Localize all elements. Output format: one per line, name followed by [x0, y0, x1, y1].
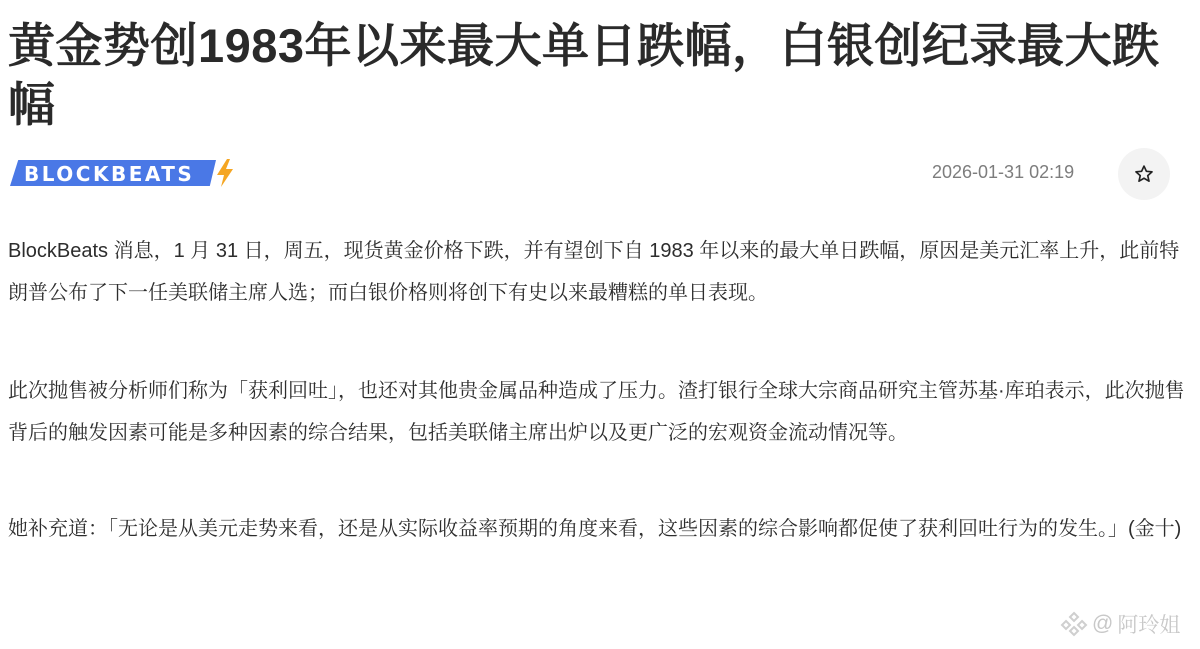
article-meta: BLOCKBEATS 2026-01-31 02:19 — [0, 148, 1200, 200]
article-paragraph: 此次抛售被分析师们称为「获利回吐」，也还对其他贵金属品种造成了压力。渣打银行全球… — [8, 370, 1188, 454]
article-paragraph: 她补充道：「无论是从美元走势来看，还是从实际收益率预期的角度来看，这些因素的综合… — [8, 508, 1188, 550]
lightning-bolt-icon — [213, 159, 237, 187]
binance-logo-icon — [1060, 610, 1088, 638]
article-title: 黄金势创1983年以来最大单日跌幅，白银创纪录最大跌幅 — [8, 16, 1188, 134]
favorite-button[interactable] — [1118, 148, 1170, 200]
logo-text: BLOCKBEATS — [24, 162, 194, 186]
star-icon — [1134, 164, 1154, 184]
watermark-name: 阿玲姐 — [1117, 609, 1180, 639]
article-paragraph: BlockBeats 消息，1 月 31 日，周五，现货黄金价格下跌，并有望创下… — [8, 230, 1188, 314]
blockbeats-logo[interactable]: BLOCKBEATS — [10, 160, 232, 186]
publish-timestamp: 2026-01-31 02:19 — [932, 162, 1074, 183]
watermark-at: @ — [1092, 612, 1113, 636]
watermark: @ 阿玲姐 — [1060, 609, 1180, 639]
